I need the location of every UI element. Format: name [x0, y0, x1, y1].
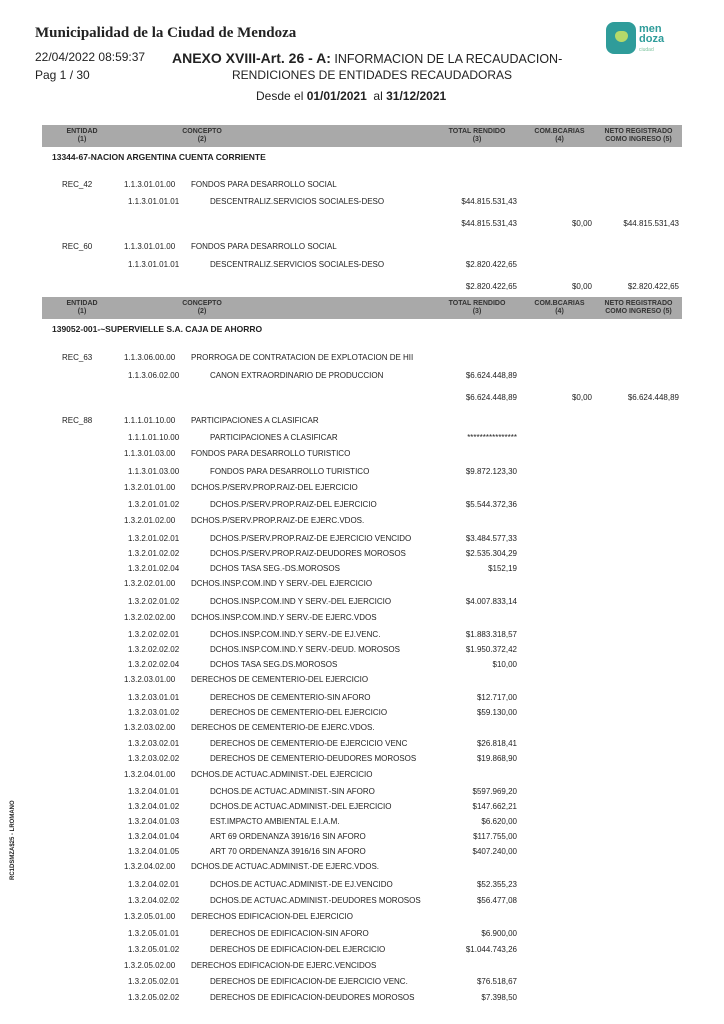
date-range: Desde el 01/01/2021 al 31/12/2021	[256, 89, 446, 103]
concept-code: 1.3.2.05.01.02	[128, 945, 179, 954]
total-rendido: $59.130,00	[477, 708, 517, 717]
col-neto: NETO REGISTRADOCOMO INGRESO (5)	[595, 128, 682, 144]
entity-title: 13344-67-NACION ARGENTINA CUENTA CORRIEN…	[52, 152, 266, 162]
concept-description: EST.IMPACTO AMBIENTAL E.I.A.M.	[210, 817, 340, 826]
concept-group-row: 1.3.2.01.02.00DCHOS.P/SERV.PROP.RAIZ-DE …	[0, 516, 724, 528]
concept-description: DCHOS.DE ACTUAC.ADMINIST.-DE EJ.VENCIDO	[210, 880, 393, 889]
concept-description: DERECHOS DE EDIFICACION-DEL EJERCICIO	[210, 945, 385, 954]
concept-description: PRORROGA DE CONTRATACION DE EXPLOTACION …	[191, 353, 413, 362]
col-concepto: CONCEPTO(2)	[152, 300, 252, 316]
concept-code: 1.1.3.06.02.00	[128, 371, 179, 380]
concept-code: 1.3.2.02.01.02	[128, 597, 179, 606]
concept-group-row: 1.3.2.01.01.00DCHOS.P/SERV.PROP.RAIZ-DEL…	[0, 483, 724, 495]
total-rendido: $2.820.422,65	[466, 260, 517, 269]
concept-description: DCHOS.INSP.COM.IND.Y SERV.-DEUD. MOROSOS	[210, 645, 400, 654]
column-header-bar: ENTIDAD(1) CONCEPTO(2) TOTAL RENDIDO(3) …	[42, 125, 682, 147]
concept-detail-row: 1.3.2.03.02.02DERECHOS DE CEMENTERIO-DEU…	[0, 754, 724, 766]
concept-code: 1.3.2.01.02.00	[124, 516, 175, 525]
col-concepto: CONCEPTO(2)	[152, 128, 252, 144]
concept-description: PARTICIPACIONES A CLASIFICAR	[191, 416, 319, 425]
concept-code: 1.3.2.01.02.01	[128, 534, 179, 543]
col-total: TOTAL RENDIDO(3)	[437, 128, 517, 144]
concept-detail-row: 1.3.2.04.01.05ART 70 ORDENANZA 3916/16 S…	[0, 847, 724, 859]
range-mid: al	[367, 89, 386, 103]
concept-description: DERECHOS DE EDIFICACION-DE EJERCICIO VEN…	[210, 977, 408, 986]
concept-group-row: REC_421.1.3.01.01.00FONDOS PARA DESARROL…	[0, 180, 724, 192]
concept-code: 1.3.2.03.02.01	[128, 739, 179, 748]
concept-description: DESCENTRALIZ.SERVICIOS SOCIALES-DESO	[210, 260, 384, 269]
concept-code: 1.3.2.04.01.04	[128, 832, 179, 841]
concept-code: 1.1.3.06.00.00	[124, 353, 175, 362]
logo-text-line2: doza	[639, 33, 664, 45]
range-to: 31/12/2021	[386, 89, 446, 103]
concept-description: DCHOS TASA SEG.-DS.MOROSOS	[210, 564, 340, 573]
side-note: RC1DSMZA$25 - LROMANO	[10, 800, 16, 880]
concept-detail-row: 1.3.2.01.02.02DCHOS.P/SERV.PROP.RAIZ-DEU…	[0, 549, 724, 561]
total-rendido: $19.868,90	[477, 754, 517, 763]
concept-description: DERECHOS DE EDIFICACION-SIN AFORO	[210, 929, 369, 938]
total-rendido: $76.518,67	[477, 977, 517, 986]
concept-description: FONDOS PARA DESARROLLO TURISTICO	[191, 449, 350, 458]
concept-detail-row: 1.3.2.02.02.02DCHOS.INSP.COM.IND.Y SERV.…	[0, 645, 724, 657]
concept-code: 1.3.2.03.02.02	[128, 754, 179, 763]
concept-description: DCHOS.P/SERV.PROP.RAIZ-DEUDORES MOROSOS	[210, 549, 406, 558]
total-rendido: $9.872.123,30	[466, 467, 517, 476]
concept-code: 1.3.2.04.02.02	[128, 896, 179, 905]
concept-code: 1.3.2.04.01.03	[128, 817, 179, 826]
concept-detail-row: 1.3.2.03.01.02DERECHOS DE CEMENTERIO-DEL…	[0, 708, 724, 720]
concept-group-row: REC_631.1.3.06.00.00PRORROGA DE CONTRATA…	[0, 353, 724, 365]
range-prefix: Desde el	[256, 89, 307, 103]
report-title: ANEXO XVIII-Art. 26 - A: INFORMACION DE …	[172, 50, 562, 66]
total-rendido: $6.624.448,89	[466, 371, 517, 380]
concept-description: DCHOS.P/SERV.PROP.RAIZ-DEL EJERCICIO	[191, 483, 358, 492]
concept-code: 1.3.2.04.02.01	[128, 880, 179, 889]
col-total: TOTAL RENDIDO(3)	[437, 300, 517, 316]
total-rendido: $52.355,23	[477, 880, 517, 889]
concept-detail-row: 1.3.2.04.01.04ART 69 ORDENANZA 3916/16 S…	[0, 832, 724, 844]
concept-description: DCHOS.INSP.COM.IND Y SERV.-DEL EJERCICIO	[210, 597, 391, 606]
concept-detail-row: 1.3.2.03.02.01DERECHOS DE CEMENTERIO-DE …	[0, 739, 724, 751]
concept-description: DCHOS.INSP.COM.IND.Y SERV.-DE EJ.VENC.	[210, 630, 380, 639]
concept-detail-row: 1.3.2.04.02.01DCHOS.DE ACTUAC.ADMINIST.-…	[0, 880, 724, 892]
concept-code: 1.3.2.02.02.00	[124, 613, 175, 622]
concept-detail-row: 1.3.2.04.01.02DCHOS.DE ACTUAC.ADMINIST.-…	[0, 802, 724, 814]
comisiones-bancarias: $0,00	[572, 219, 592, 228]
concept-detail-row: 1.3.2.05.02.02DERECHOS DE EDIFICACION-DE…	[0, 993, 724, 1005]
entity-code: REC_63	[62, 353, 92, 362]
concept-description: DERECHOS DE CEMENTERIO-SIN AFORO	[210, 693, 370, 702]
neto-registrado: $2.820.422,65	[628, 282, 679, 291]
concept-description: DCHOS.DE ACTUAC.ADMINIST.-DEUDORES MOROS…	[210, 896, 421, 905]
concept-description: DCHOS TASA SEG.DS.MOROSOS	[210, 660, 337, 669]
concept-code: 1.1.3.01.01.01	[128, 260, 179, 269]
concept-code: 1.1.3.01.01.01	[128, 197, 179, 206]
concept-description: DCHOS.P/SERV.PROP.RAIZ-DEL EJERCICIO	[210, 500, 377, 509]
concept-description: FONDOS PARA DESARROLLO SOCIAL	[191, 180, 337, 189]
concept-code: 1.3.2.05.01.01	[128, 929, 179, 938]
subtotal-row: $6.624.448,89$0,00$6.624.448,89	[0, 393, 724, 405]
entity-code: REC_42	[62, 180, 92, 189]
concept-code: 1.3.2.03.01.00	[124, 675, 175, 684]
col-entidad: ENTIDAD(1)	[52, 300, 112, 316]
total-rendido: $56.477,08	[477, 896, 517, 905]
total-rendido: $4.007.833,14	[466, 597, 517, 606]
annex-label: ANEXO XVIII-Art. 26 - A:	[172, 50, 331, 66]
concept-code: 1.1.3.01.03.00	[128, 467, 179, 476]
concept-description: DCHOS.DE ACTUAC.ADMINIST.-DEL EJERCICIO	[191, 770, 373, 779]
concept-group-row: REC_601.1.3.01.01.00FONDOS PARA DESARROL…	[0, 242, 724, 254]
total-rendido: $2.820.422,65	[466, 282, 517, 291]
logo-text-line3: ciudad	[639, 47, 654, 53]
concept-description: DERECHOS DE CEMENTERIO-DE EJERC.VDOS.	[191, 723, 375, 732]
concept-description: DCHOS.DE ACTUAC.ADMINIST.-SIN AFORO	[210, 787, 375, 796]
page-indicator: Pag 1 / 30	[35, 68, 90, 82]
total-rendido: $6.624.448,89	[466, 393, 517, 402]
total-rendido: $12.717,00	[477, 693, 517, 702]
concept-detail-row: 1.3.2.04.01.03EST.IMPACTO AMBIENTAL E.I.…	[0, 817, 724, 829]
total-rendido: $6.900,00	[481, 929, 517, 938]
concept-code: 1.3.2.03.01.02	[128, 708, 179, 717]
subtotal-row: $44.815.531,43$0,00$44.815.531,43	[0, 219, 724, 231]
total-rendido: $26.818,41	[477, 739, 517, 748]
col-com: COM.BCARIAS(4)	[527, 128, 592, 144]
concept-detail-row: 1.3.2.01.01.02DCHOS.P/SERV.PROP.RAIZ-DEL…	[0, 500, 724, 512]
institution-name: Municipalidad de la Ciudad de Mendoza	[35, 25, 296, 42]
col-neto: NETO REGISTRADOCOMO INGRESO (5)	[595, 300, 682, 316]
total-rendido: $44.815.531,43	[461, 219, 517, 228]
total-rendido: $152,19	[488, 564, 517, 573]
total-rendido: $7.398,50	[481, 993, 517, 1002]
concept-description: DCHOS.P/SERV.PROP.RAIZ-DE EJERC.VDOS.	[191, 516, 364, 525]
concept-detail-row: 1.3.2.05.02.01DERECHOS DE EDIFICACION-DE…	[0, 977, 724, 989]
concept-code: 1.3.2.02.02.04	[128, 660, 179, 669]
concept-description: ART 70 ORDENANZA 3916/16 SIN AFORO	[210, 847, 366, 856]
concept-group-row: 1.3.2.02.01.00DCHOS.INSP.COM.IND Y SERV.…	[0, 579, 724, 591]
concept-description: DERECHOS DE CEMENTERIO-DEL EJERCICIO	[210, 708, 387, 717]
concept-code: 1.3.2.04.01.01	[128, 787, 179, 796]
report-subtitle: RENDICIONES DE ENTIDADES RECAUDADORAS	[232, 68, 512, 82]
subtotal-row: $2.820.422,65$0,00$2.820.422,65	[0, 282, 724, 294]
concept-description: DESCENTRALIZ.SERVICIOS SOCIALES-DESO	[210, 197, 384, 206]
total-rendido: $10,00	[493, 660, 517, 669]
concept-detail-row: 1.3.2.04.02.02DCHOS.DE ACTUAC.ADMINIST.-…	[0, 896, 724, 908]
column-header-bar: ENTIDAD(1) CONCEPTO(2) TOTAL RENDIDO(3) …	[42, 297, 682, 319]
concept-code: 1.1.3.01.01.00	[124, 180, 175, 189]
concept-group-row: 1.3.2.05.01.00DERECHOS EDIFICACION-DEL E…	[0, 912, 724, 924]
concept-code: 1.3.2.03.02.00	[124, 723, 175, 732]
concept-description: ART 69 ORDENANZA 3916/16 SIN AFORO	[210, 832, 366, 841]
col-entidad: ENTIDAD(1)	[52, 128, 112, 144]
annex-text: INFORMACION DE LA RECAUDACION-	[331, 52, 562, 66]
concept-detail-row: 1.3.2.05.01.01DERECHOS DE EDIFICACION-SI…	[0, 929, 724, 941]
concept-detail-row: 1.1.3.01.01.01DESCENTRALIZ.SERVICIOS SOC…	[0, 260, 724, 272]
total-rendido: $1.044.743,26	[466, 945, 517, 954]
concept-group-row: 1.3.2.04.02.00DCHOS.DE ACTUAC.ADMINIST.-…	[0, 862, 724, 874]
concept-group-row: 1.3.2.05.02.00DERECHOS EDIFICACION-DE EJ…	[0, 961, 724, 973]
concept-detail-row: 1.1.3.01.01.01DESCENTRALIZ.SERVICIOS SOC…	[0, 197, 724, 209]
concept-code: 1.3.2.03.01.01	[128, 693, 179, 702]
concept-code: 1.3.2.04.01.02	[128, 802, 179, 811]
concept-description: PARTICIPACIONES A CLASIFICAR	[210, 433, 338, 442]
concept-detail-row: 1.3.2.04.01.01DCHOS.DE ACTUAC.ADMINIST.-…	[0, 787, 724, 799]
concept-description: DCHOS.INSP.COM.IND.Y SERV.-DE EJERC.VDOS	[191, 613, 377, 622]
concept-detail-row: 1.1.1.01.10.00PARTICIPACIONES A CLASIFIC…	[0, 433, 724, 445]
concept-detail-row: 1.3.2.02.01.02DCHOS.INSP.COM.IND Y SERV.…	[0, 597, 724, 609]
concept-detail-row: 1.3.2.05.01.02DERECHOS DE EDIFICACION-DE…	[0, 945, 724, 957]
neto-registrado: $6.624.448,89	[628, 393, 679, 402]
concept-description: FONDOS PARA DESARROLLO TURISTICO	[210, 467, 369, 476]
concept-code: 1.3.2.01.02.02	[128, 549, 179, 558]
concept-group-row: 1.3.2.03.01.00DERECHOS DE CEMENTERIO-DEL…	[0, 675, 724, 687]
concept-group-row: 1.3.2.02.02.00DCHOS.INSP.COM.IND.Y SERV.…	[0, 613, 724, 625]
concept-detail-row: 1.3.2.01.02.01DCHOS.P/SERV.PROP.RAIZ-DE …	[0, 534, 724, 546]
entity-code: REC_60	[62, 242, 92, 251]
concept-detail-row: 1.3.2.03.01.01DERECHOS DE CEMENTERIO-SIN…	[0, 693, 724, 705]
concept-code: 1.3.2.04.01.05	[128, 847, 179, 856]
concept-code: 1.1.1.01.10.00	[124, 416, 175, 425]
total-rendido: $3.484.577,33	[466, 534, 517, 543]
concept-code: 1.3.2.05.02.02	[128, 993, 179, 1002]
concept-group-row: 1.3.2.04.01.00DCHOS.DE ACTUAC.ADMINIST.-…	[0, 770, 724, 782]
report-timestamp: 22/04/2022 08:59:37	[35, 50, 145, 64]
concept-description: CANON EXTRAORDINARIO DE PRODUCCION	[210, 371, 383, 380]
total-rendido: $1.883.318,57	[466, 630, 517, 639]
concept-code: 1.3.2.05.02.01	[128, 977, 179, 986]
total-rendido: $597.969,20	[473, 787, 518, 796]
concept-group-row: 1.3.2.03.02.00DERECHOS DE CEMENTERIO-DE …	[0, 723, 724, 735]
concept-code: 1.3.2.04.01.00	[124, 770, 175, 779]
concept-detail-row: 1.3.2.02.02.01DCHOS.INSP.COM.IND.Y SERV.…	[0, 630, 724, 642]
concept-detail-row: 1.1.3.06.02.00CANON EXTRAORDINARIO DE PR…	[0, 371, 724, 383]
concept-group-row: REC_881.1.1.01.10.00PARTICIPACIONES A CL…	[0, 416, 724, 428]
concept-detail-row: 1.3.2.02.02.04DCHOS TASA SEG.DS.MOROSOS$…	[0, 660, 724, 672]
total-rendido: $5.544.372,36	[466, 500, 517, 509]
col-com: COM.BCARIAS(4)	[527, 300, 592, 316]
total-rendido: $407.240,00	[473, 847, 518, 856]
total-rendido: $2.535.304,29	[466, 549, 517, 558]
concept-code: 1.3.2.02.02.02	[128, 645, 179, 654]
total-rendido: $147.662,21	[473, 802, 518, 811]
concept-code: 1.3.2.05.01.00	[124, 912, 175, 921]
total-rendido: $117.755,00	[473, 832, 517, 841]
concept-code: 1.3.2.02.02.01	[128, 630, 179, 639]
mendoza-logo: mendoza ciudad	[606, 22, 676, 58]
comisiones-bancarias: $0,00	[572, 282, 592, 291]
total-rendido: $44.815.531,43	[461, 197, 517, 206]
concept-description: DCHOS.DE ACTUAC.ADMINIST.-DEL EJERCICIO	[210, 802, 392, 811]
concept-code: 1.1.3.01.01.00	[124, 242, 175, 251]
concept-group-row: 1.1.3.01.03.00FONDOS PARA DESARROLLO TUR…	[0, 449, 724, 461]
concept-description: DERECHOS DE CEMENTERIO-DEL EJERCICIO	[191, 675, 368, 684]
concept-code: 1.1.3.01.03.00	[124, 449, 175, 458]
total-rendido: $1.950.372,42	[466, 645, 517, 654]
concept-code: 1.3.2.02.01.00	[124, 579, 175, 588]
concept-description: DCHOS.DE ACTUAC.ADMINIST.-DE EJERC.VDOS.	[191, 862, 379, 871]
concept-description: DCHOS.P/SERV.PROP.RAIZ-DE EJERCICIO VENC…	[210, 534, 411, 543]
concept-code: 1.3.2.01.02.04	[128, 564, 179, 573]
concept-description: DERECHOS DE CEMENTERIO-DEUDORES MOROSOS	[210, 754, 416, 763]
concept-description: FONDOS PARA DESARROLLO SOCIAL	[191, 242, 337, 251]
entity-title: 139052-001-~SUPERVIELLE S.A. CAJA DE AHO…	[52, 324, 262, 334]
neto-registrado: $44.815.531,43	[623, 219, 679, 228]
concept-description: DCHOS.INSP.COM.IND Y SERV.-DEL EJERCICIO	[191, 579, 372, 588]
comisiones-bancarias: $0,00	[572, 393, 592, 402]
concept-code: 1.3.2.01.01.00	[124, 483, 175, 492]
total-rendido: ****************	[467, 433, 517, 442]
entity-code: REC_88	[62, 416, 92, 425]
concept-description: DERECHOS DE EDIFICACION-DEUDORES MOROSOS	[210, 993, 414, 1002]
range-from: 01/01/2021	[307, 89, 367, 103]
concept-description: DERECHOS EDIFICACION-DEL EJERCICIO	[191, 912, 353, 921]
concept-description: DERECHOS EDIFICACION-DE EJERC.VENCIDOS	[191, 961, 376, 970]
concept-code: 1.3.2.05.02.00	[124, 961, 175, 970]
total-rendido: $6.620,00	[481, 817, 517, 826]
concept-detail-row: 1.3.2.01.02.04DCHOS TASA SEG.-DS.MOROSOS…	[0, 564, 724, 576]
concept-description: DERECHOS DE CEMENTERIO-DE EJERCICIO VENC	[210, 739, 407, 748]
concept-code: 1.3.2.04.02.00	[124, 862, 175, 871]
concept-code: 1.3.2.01.01.02	[128, 500, 179, 509]
concept-code: 1.1.1.01.10.00	[128, 433, 179, 442]
concept-detail-row: 1.1.3.01.03.00FONDOS PARA DESARROLLO TUR…	[0, 467, 724, 479]
